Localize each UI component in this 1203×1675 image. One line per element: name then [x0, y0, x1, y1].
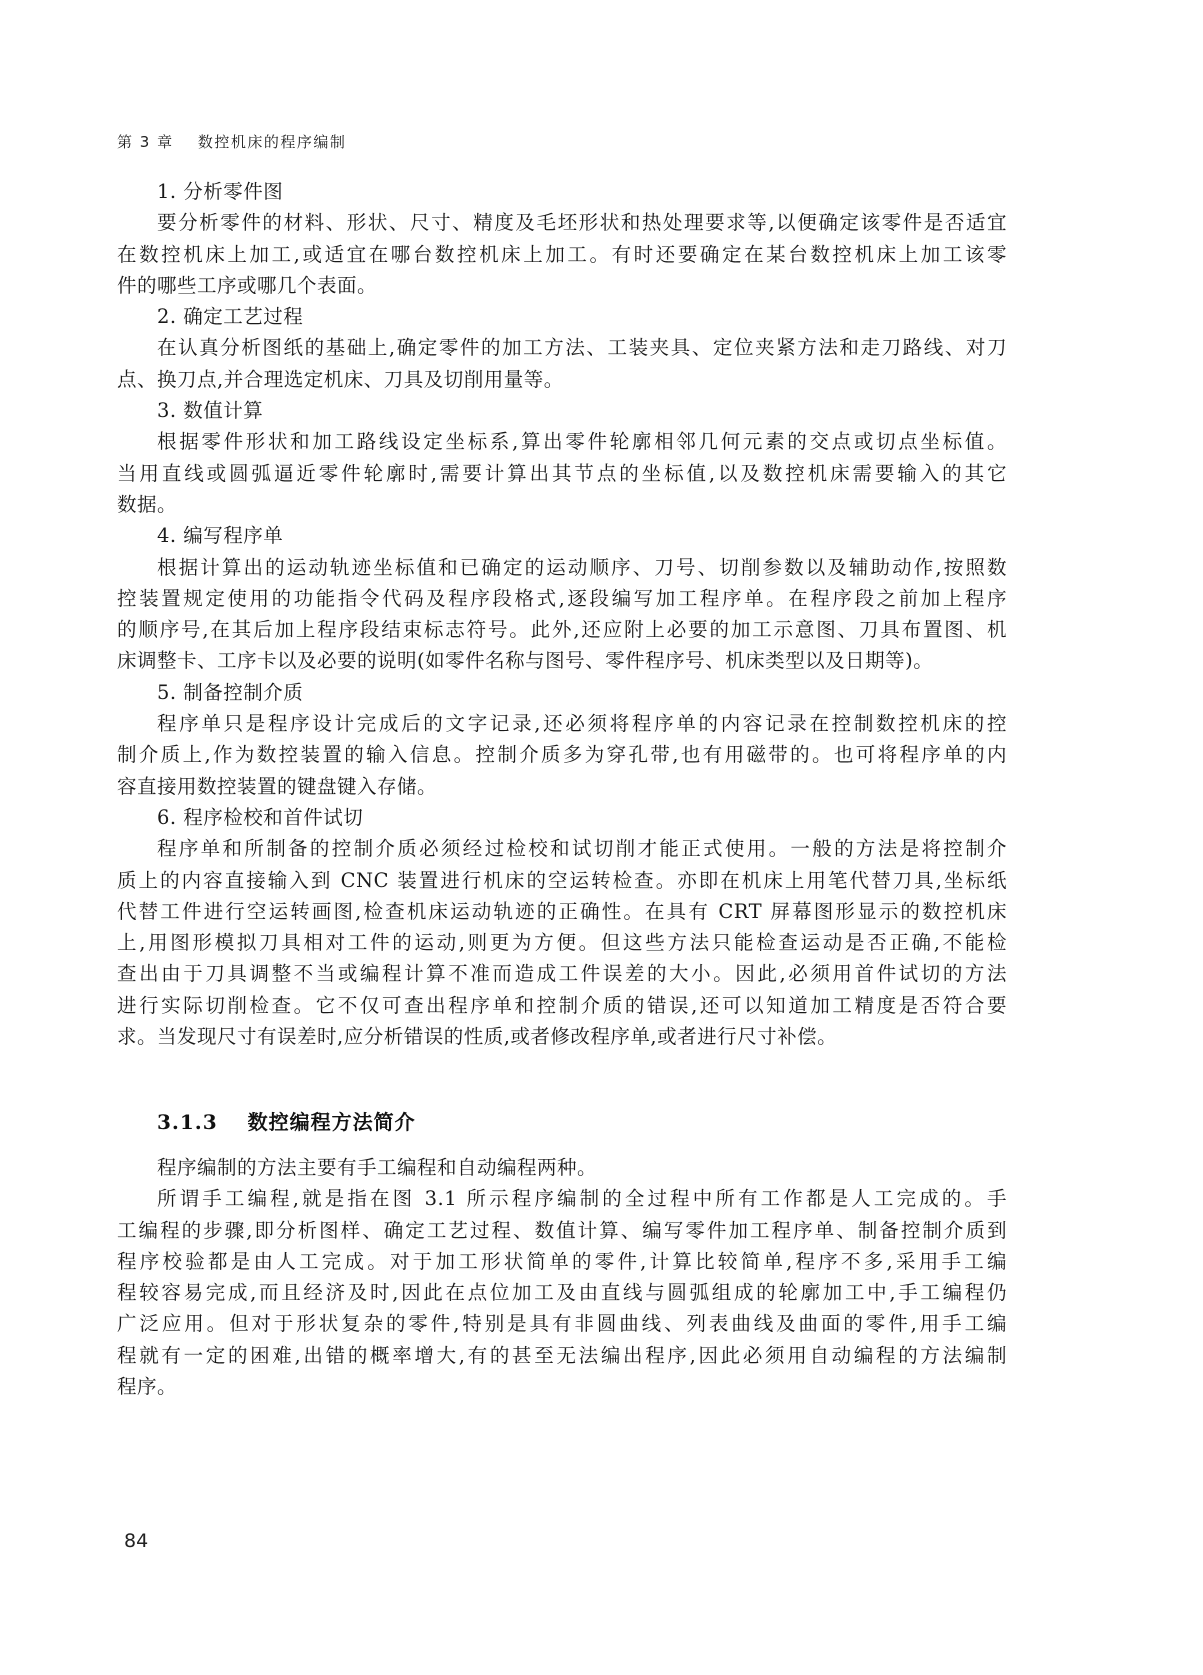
paragraph-line: 要分析零件的材料、形状、尺寸、精度及毛坯形状和热处理要求等,以便确定该零件是否适… [117, 207, 1007, 238]
section-content: 程序编制的方法主要有手工编程和自动编程两种。 所谓手工编程,就是指在图 3.1 … [117, 1152, 1007, 1402]
step-heading: 6. 程序检校和首件试切 [117, 802, 1007, 833]
paragraph-line: 求。当发现尺寸有误差时,应分析错误的性质,或者修改程序单,或者进行尺寸补偿。 [117, 1021, 1007, 1052]
steps-content: 1. 分析零件图 要分析零件的材料、形状、尺寸、精度及毛坯形状和热处理要求等,以… [117, 176, 1007, 1052]
paragraph-line: 容直接用数控装置的键盘键入存储。 [117, 771, 1007, 802]
chapter-title: 数控机床的程序编制 [198, 133, 347, 151]
step-heading: 2. 确定工艺过程 [117, 301, 1007, 332]
paragraph-line: 程序校验都是由人工完成。对于加工形状简单的零件,计算比较简单,程序不多,采用手工… [117, 1246, 1007, 1277]
step-heading: 1. 分析零件图 [117, 176, 1007, 207]
step-heading: 4. 编写程序单 [117, 520, 1007, 551]
section-heading: 3.1.3 数控编程方法简介 [157, 1106, 416, 1135]
step-heading: 5. 制备控制介质 [117, 677, 1007, 708]
paragraph-line: 程序单和所制备的控制介质必须经过检校和试切削才能正式使用。一般的方法是将控制介 [117, 833, 1007, 864]
paragraph-line: 根据零件形状和加工路线设定坐标系,算出零件轮廓相邻几何元素的交点或切点坐标值。 [117, 426, 1007, 457]
paragraph-line: 控装置规定使用的功能指令代码及程序段格式,逐段编写加工程序单。在程序段之前加上程… [117, 583, 1007, 614]
paragraph-line: 件的哪些工序或哪几个表面。 [117, 270, 1007, 301]
paragraph-line: 查出由于刀具调整不当或编程计算不准而造成工件误差的大小。因此,必须用首件试切的方… [117, 958, 1007, 989]
paragraph-line: 程序单只是程序设计完成后的文字记录,还必须将程序单的内容记录在控制数控机床的控 [117, 708, 1007, 739]
paragraph-line: 程就有一定的困难,出错的概率增大,有的甚至无法编出程序,因此必须用自动编程的方法… [117, 1340, 1007, 1371]
paragraph-line: 在数控机床上加工,或适宜在哪台数控机床上加工。有时还要确定在某台数控机床上加工该… [117, 239, 1007, 270]
section-title: 数控编程方法简介 [248, 1110, 416, 1134]
section-number: 3.1.3 [157, 1110, 218, 1134]
paragraph-line: 程序编制的方法主要有手工编程和自动编程两种。 [117, 1152, 1007, 1183]
paragraph-line: 广泛应用。但对于形状复杂的零件,特别是具有非圆曲线、列表曲线及曲面的零件,用手工… [117, 1308, 1007, 1339]
chapter-label: 第 3 章 [117, 133, 174, 151]
paragraph-line: 工编程的步骤,即分析图样、确定工艺过程、数值计算、编写零件加工程序单、制备控制介… [117, 1215, 1007, 1246]
paragraph-line: 制介质上,作为数控装置的输入信息。控制介质多为穿孔带,也有用磁带的。也可将程序单… [117, 739, 1007, 770]
paragraph-line: 程较容易完成,而且经济及时,因此在点位加工及由直线与圆弧组成的轮廓加工中,手工编… [117, 1277, 1007, 1308]
paragraph-line: 当用直线或圆弧逼近零件轮廓时,需要计算出其节点的坐标值,以及数控机床需要输入的其… [117, 458, 1007, 489]
paragraph-line: 点、换刀点,并合理选定机床、刀具及切削用量等。 [117, 364, 1007, 395]
paragraph-line: 根据计算出的运动轨迹坐标值和已确定的运动顺序、刀号、切削参数以及辅助动作,按照数 [117, 552, 1007, 583]
paragraph-line: 进行实际切削检查。它不仅可查出程序单和控制介质的错误,还可以知道加工精度是否符合… [117, 990, 1007, 1021]
paragraph-line: 在认真分析图纸的基础上,确定零件的加工方法、工装夹具、定位夹紧方法和走刀路线、对… [117, 332, 1007, 363]
paragraph-line: 床调整卡、工序卡以及必要的说明(如零件名称与图号、零件程序号、机床类型以及日期等… [117, 645, 1007, 676]
running-header: 第 3 章 数控机床的程序编制 [117, 131, 346, 152]
paragraph-line: 质上的内容直接输入到 CNC 装置进行机床的空运转检查。亦即在机床上用笔代替刀具… [117, 865, 1007, 896]
paragraph-line: 所谓手工编程,就是指在图 3.1 所示程序编制的全过程中所有工作都是人工完成的。… [117, 1183, 1007, 1214]
step-heading: 3. 数值计算 [117, 395, 1007, 426]
page-number: 84 [124, 1530, 148, 1552]
paragraph-line: 程序。 [117, 1371, 1007, 1402]
paragraph-line: 数据。 [117, 489, 1007, 520]
paragraph-line: 代替工件进行空运转画图,检查机床运动轨迹的正确性。在具有 CRT 屏幕图形显示的… [117, 896, 1007, 927]
paragraph-line: 的顺序号,在其后加上程序段结束标志符号。此外,还应附上必要的加工示意图、刀具布置… [117, 614, 1007, 645]
paragraph-line: 上,用图形模拟刀具相对工件的运动,则更为方便。但这些方法只能检查运动是否正确,不… [117, 927, 1007, 958]
